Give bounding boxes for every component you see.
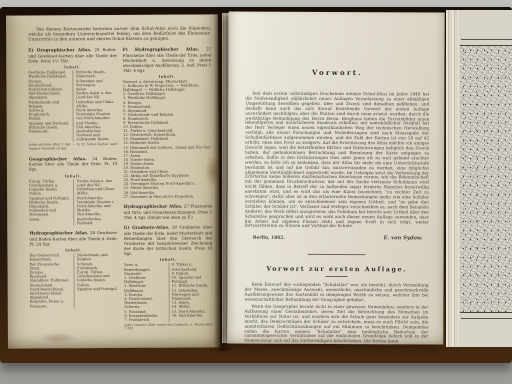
catalog-intro: Von diesem Kartenwerke bestehen ausser d… xyxy=(28,25,211,41)
signature-row: Berlin, 1862. E. von Sydow. xyxy=(245,235,429,242)
content-list: Oestliche Halbkugel. Westliche Halbkugel… xyxy=(28,70,69,142)
content-list-pair: Das Oesterreich. Kaiserthum. Der Preussi… xyxy=(29,253,118,308)
section-heading: Hydrographischer Atlas. 28 Gewässer- und… xyxy=(29,231,118,247)
content-list-pair: Vorw. u. Bemerkungen. Musterbl. 1. Oestl… xyxy=(124,263,213,322)
map-outer-border-line xyxy=(461,39,512,40)
content-list: Vorder-Asien u. das Land des Nil. Ostind… xyxy=(73,179,118,226)
price-note: Jedes einzelne Blatt sowie das Gradnetz-… xyxy=(124,323,213,331)
catalog-column-right: F) Hydrographischer Atlas. 27 Flussnetze… xyxy=(123,47,213,337)
section-heading: G) Gradnetz-Atlas. 30 Gradnetze über all… xyxy=(124,226,213,257)
catalog-section-hydrographischer-orts: Hydrographischer Atlas. 27 Flussnetze mi… xyxy=(124,204,213,220)
heading-rule xyxy=(326,276,348,277)
map-outer-border-line xyxy=(461,318,512,319)
inhalt-label: Inhalt. xyxy=(29,248,118,253)
vorwort-heading: Vorwort. xyxy=(245,68,429,78)
vorwort-text-block: Vorwort. Seit dem ersten vollständigen E… xyxy=(244,68,429,347)
content-list: Vorw. u. Bemerkungen. Musterbl. 1. Oestl… xyxy=(124,263,165,322)
catalog-text-block: Von diesem Kartenwerke bestehen ausser d… xyxy=(28,25,213,338)
inhalt-label: Inhalt. xyxy=(123,74,212,79)
map-leaf xyxy=(446,10,512,347)
book-photo: Von diesem Kartenwerke bestehen ausser d… xyxy=(0,0,512,384)
catalog-section-e: E) Orographischer Atlas. 26 Boden- und G… xyxy=(28,48,117,151)
catalog-column-left: E) Orographischer Atlas. 26 Boden- und G… xyxy=(28,48,118,338)
section-heading: F) Hydrographischer Atlas. 27 Flussnetze… xyxy=(123,47,212,73)
section-heading: Hydrographischer Atlas. 27 Flussnetze mi… xyxy=(124,204,213,220)
content-list: 8. Türkei u. Griechenland. 9. Italien. 1… xyxy=(168,263,213,322)
content-list: Europ. Türkei. Griechenland u. Ionische … xyxy=(29,179,70,225)
catalog-page: Von diesem Kartenwerke bestehen ausser d… xyxy=(6,14,220,348)
section-heading: Geographischer Atlas. 24 Boden-Karten üb… xyxy=(29,157,118,173)
catalog-section-hydrographischer-28: Hydrographischer Atlas. 28 Gewässer- und… xyxy=(29,231,118,308)
catalog-section-geographischer: Geographischer Atlas. 24 Boden-Karten üb… xyxy=(29,157,118,226)
price-note: Jedes einzelne Blatt 1 Sgr. — In 25 fein… xyxy=(29,143,118,151)
first-edition-paragraph-1: Beim Entwurf des vorliegenden "Schulatla… xyxy=(244,283,428,303)
inhalt-label: Inhalt. xyxy=(28,65,117,70)
vorwort-paragraph: Seit dem ersten vollständigen Erscheinen… xyxy=(245,92,430,230)
vorwort-page: Vorwort. Seit dem ersten vollständigen E… xyxy=(227,12,444,345)
content-list-pair: Oestliche Halbkugel. Westliche Halbkugel… xyxy=(28,70,117,142)
place-date: Berlin, 1862. xyxy=(253,236,285,241)
engraved-map-plate xyxy=(460,45,512,313)
content-list: Vorwort u. Anweisung. Musterblatt. 1. Er… xyxy=(123,79,212,198)
catalog-section-g: G) Gradnetz-Atlas. 30 Gradnetze über all… xyxy=(124,226,213,331)
content-list: Niederlande und Belgien. Schweiz. Frankr… xyxy=(73,253,118,308)
catalog-columns: E) Orographischer Atlas. 26 Boden- und G… xyxy=(28,47,213,337)
content-list-pair: Europ. Türkei. Griechenland u. Ionische … xyxy=(29,179,118,226)
content-list: Das Oesterreich. Kaiserthum. Der Preussi… xyxy=(29,254,70,309)
section-heading: E) Orographischer Atlas. 26 Boden- und G… xyxy=(28,48,117,64)
author-signature: E. von Sydow. xyxy=(384,236,423,242)
inhalt-label: Inhalt. xyxy=(124,258,213,263)
content-list: Britische Inseln. Dänemark. Schweden und… xyxy=(72,70,117,142)
catalog-section-f: F) Hydrographischer Atlas. 27 Flussnetze… xyxy=(123,47,212,198)
leaf-page-edges xyxy=(446,10,459,347)
first-edition-paragraph-2: Wenn die Geographie beruht nicht in eine… xyxy=(244,305,428,345)
inhalt-label: Inhalt. xyxy=(29,174,118,179)
vorwort-erste-auflage-heading: Vorwort zur ersten Auflage. xyxy=(245,266,429,274)
section-divider-rule xyxy=(308,254,366,255)
